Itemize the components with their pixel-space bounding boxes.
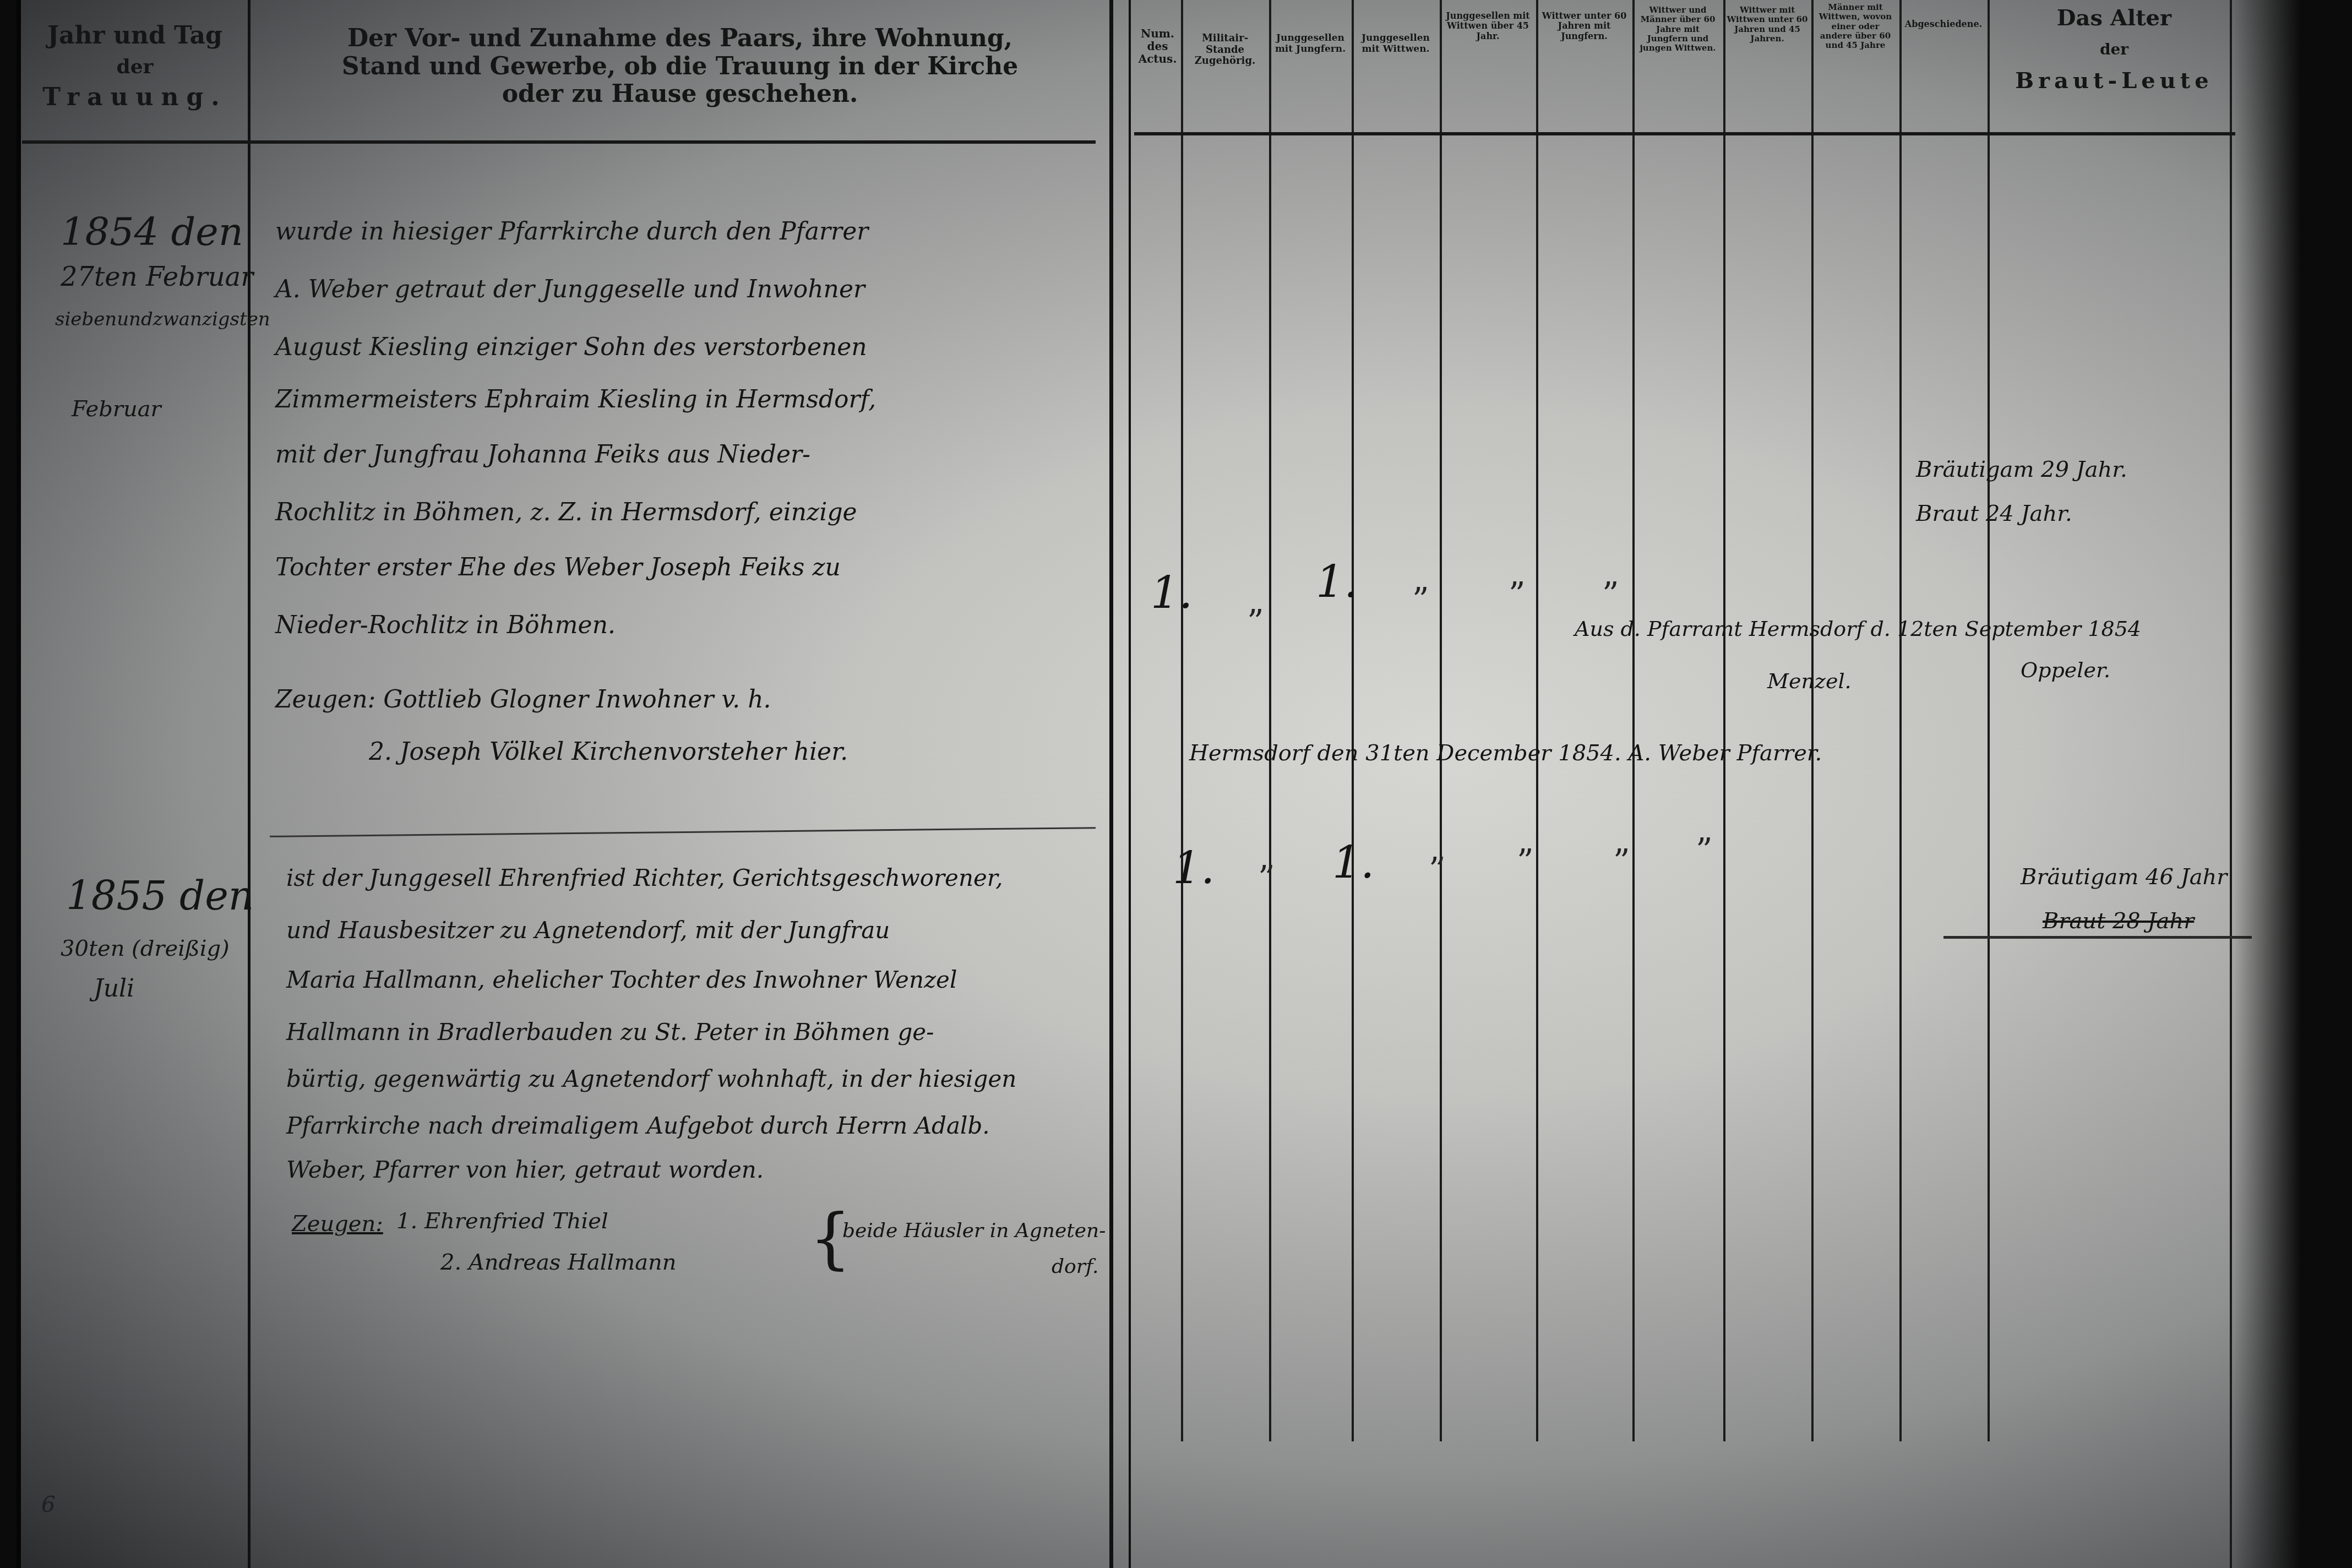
entry-2-witnesses-note-1: beide Häusler in Agneten- <box>842 1219 1106 1242</box>
entry-1-line-6: Rochlitz in Böhmen, z. Z. in Hermsdorf, … <box>275 498 857 526</box>
entry-1-tally-bach-maid: 1. <box>1316 556 1358 607</box>
entry-1-line-1: wurde in hiesiger Pfarrkirche durch den … <box>275 217 868 246</box>
header-age: Das Alter der Braut-Leute <box>1999 6 2230 94</box>
header-num: Num. des Actus. <box>1134 28 1181 66</box>
rule-men-widows <box>1899 0 1902 1441</box>
rule-gutter-2 <box>1129 0 1131 1568</box>
entry-2-line-7: Weber, Pfarrer von hier, getraut worden. <box>286 1156 764 1183</box>
header-widower-u60: Wittwer unter 60 Jahren mit Jungfern. <box>1539 11 1630 41</box>
entry-2-witness-1: 1. Ehrenfried Thiel <box>396 1208 608 1234</box>
entry-1-note-banns: Aus d. Pfarramt Hermsdorf d. 12ten Septe… <box>1575 617 2141 641</box>
entry-1-date-month: Februar <box>72 396 161 422</box>
header-widower-widow: Wittwer mit Wittwen unter 60 Jahren und … <box>1726 6 1809 43</box>
entry-1-line-4: Zimmermeisters Ephraim Kiesling in Herms… <box>275 385 876 413</box>
rule-bach-maid <box>1352 0 1354 1441</box>
entry-2-tally-bach-maid: 1. <box>1332 837 1374 888</box>
header-widower-o60: Wittwer und Männer über 60 Jahre mit Jun… <box>1635 6 1721 53</box>
entry-2-date-day: 30ten (dreißig) <box>61 936 230 961</box>
entry-2-witnesses-label: Zeugen: <box>292 1211 383 1237</box>
entry-2-age-strike <box>1943 936 2252 939</box>
entry-1-age-groom: Bräutigam 29 Jahr. <box>1916 457 2127 482</box>
entry-2-line-2: und Hausbesitzer zu Agnetendorf, mit der… <box>286 917 890 944</box>
entry-1-tally-bach-widow: ” <box>1412 581 1429 619</box>
entry-separator <box>270 827 1096 837</box>
entry-2-witness-2: 2. Andreas Hallmann <box>440 1250 677 1275</box>
page-edge-shadow <box>2230 0 2301 1568</box>
rule-widower-widow <box>1811 0 1814 1441</box>
entry-2-tally-widower-u60: ” <box>1613 842 1630 881</box>
rule-date-names <box>248 0 251 1568</box>
entry-2-line-5: bürtig, gegenwärtig zu Agnetendorf wohnh… <box>286 1065 1016 1092</box>
entry-2-date-year: 1855 den <box>66 873 254 919</box>
header-rule-right <box>1134 132 2235 135</box>
entry-2-tally-widower-o60: ” <box>1696 831 1713 870</box>
entry-1-note-closing: Hermsdorf den 31ten December 1854. A. We… <box>1189 741 1822 766</box>
header-rule-left <box>22 140 1096 144</box>
header-divorced: Abgeschiedene. <box>1902 19 1985 29</box>
rule-bach-widow <box>1440 0 1442 1441</box>
header-men-widows: Männer mit Wittwen, wovon einer oder and… <box>1814 3 1897 50</box>
entry-1-witness-1: Zeugen: Gottlieb Glogner Inwohner v. h. <box>275 685 771 714</box>
header-bach-widow45: Junggesellen mit Wittwen über 45 Jahr. <box>1442 11 1533 41</box>
rule-page-gutter <box>1109 0 1113 1568</box>
rule-num <box>1181 0 1183 1441</box>
rule-widower-o60 <box>1723 0 1725 1441</box>
register-page: Jahr und Tag der Trauung. Der Vor- und Z… <box>17 0 2301 1568</box>
entry-1-line-3: August Kiesling einziger Sohn des versto… <box>275 333 867 361</box>
entry-1-tally-military: ” <box>1247 603 1264 641</box>
entry-1-tally-num: 1. <box>1151 567 1193 618</box>
header-bach-maid: Junggesellen mit Jungfern. <box>1272 33 1349 55</box>
header-bach-widow: Junggesellen mit Wittwen. <box>1354 33 1437 55</box>
entry-1-tally-bach-widow45: ” <box>1509 575 1526 614</box>
entry-2-tally-military: ” <box>1258 859 1275 897</box>
margin-mark: 6 <box>41 1492 55 1517</box>
entry-2-tally-bach-widow45: ” <box>1517 842 1534 881</box>
entry-2-tally-bach-widow: ” <box>1429 851 1446 889</box>
rule-bach-widow45 <box>1536 0 1538 1441</box>
entry-1-line-5: mit der Jungfrau Johanna Feiks aus Niede… <box>275 440 810 469</box>
header-date-column: Jahr und Tag der Trauung. <box>25 22 245 112</box>
entry-2-age-groom: Bräutigam 46 Jahr <box>2021 864 2227 890</box>
entry-1-date-day: 27ten Februar <box>61 262 253 292</box>
entry-2-line-3: Maria Hallmann, ehelicher Tochter des In… <box>286 966 957 993</box>
entry-2-witnesses-note-2: dorf. <box>1052 1255 1098 1278</box>
rule-widower-u60 <box>1632 0 1635 1441</box>
rule-military <box>1269 0 1271 1441</box>
header-military: Militair-Stande Zugehörig. <box>1184 33 1266 67</box>
entry-1-note-signature-2: Oppeler. <box>2021 658 2110 682</box>
entry-1-age-bride: Braut 24 Jahr. <box>1916 501 2072 526</box>
entry-1-note-signature-1: Menzel. <box>1767 669 1852 693</box>
entry-1-line-2: A. Weber getraut der Junggeselle und Inw… <box>275 275 865 303</box>
entry-1-line-8: Nieder-Rochlitz in Böhmen. <box>275 611 616 639</box>
entry-1-tally-widower-u60: ” <box>1602 575 1619 614</box>
entry-2-line-6: Pfarrkirche nach dreimaligem Aufgebot du… <box>286 1112 990 1139</box>
entry-2-line-4: Hallmann in Bradlerbauden zu St. Peter i… <box>286 1019 934 1046</box>
rule-divorced <box>1988 0 1990 1441</box>
entry-2-age-bride: Braut 28 Jahr <box>2043 908 2194 934</box>
entry-2-line-1: ist der Junggesell Ehrenfried Richter, G… <box>286 864 1003 891</box>
entry-1-date-words: siebenundzwanzigsten <box>55 308 270 330</box>
entry-2-date-month: Juli <box>94 974 134 1003</box>
header-names-column: Der Vor- und Zunahme des Paars, ihre Woh… <box>259 25 1101 108</box>
entry-2-tally-num: 1. <box>1173 842 1215 894</box>
rule-left-margin <box>17 0 21 1568</box>
entry-1-witness-2: 2. Joseph Völkel Kirchenvorsteher hier. <box>369 738 848 766</box>
entry-1-line-7: Tochter erster Ehe des Weber Joseph Feik… <box>275 553 841 581</box>
entry-1-date-year: 1854 den <box>61 209 243 254</box>
